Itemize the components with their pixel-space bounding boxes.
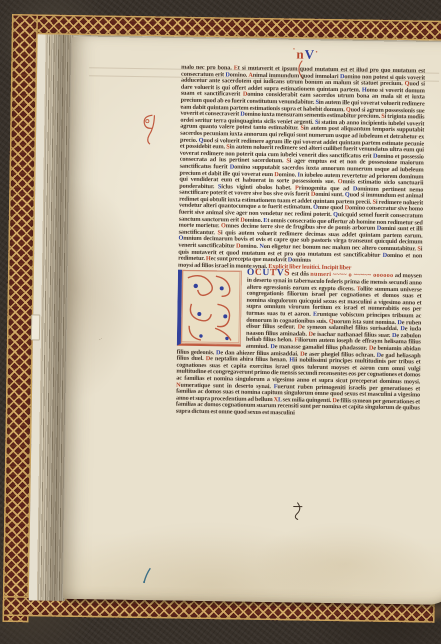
text-block: malo nec pro bona. Et si mutaverit et ip… [174,65,425,521]
blue-ink-mark-icon [141,566,153,584]
initial-filigree-ornament-icon [181,270,242,345]
catchword-flourish-icon [292,500,304,520]
numbers-chapter: OCUTVS est dñs numeri ~~~~ o ~~~~~ ooooo… [176,269,422,419]
bookmark-tab-icon [31,314,40,340]
running-title-letters: nV [296,46,315,61]
red-penwork-paraph-icon [138,112,161,148]
photo-frame: ˙nV· -· malo nec pro bona. Et si mutaver… [0,0,441,644]
initial-letter-stem [174,113,177,275]
manuscript-page: ˙nV· -· malo nec pro bona. Et si mutaver… [63,37,441,605]
leviticus-text: malo nec pro bona. Et si mutaverit et ip… [178,65,425,267]
margin-pen-trial: -· [99,337,102,342]
title-ornament-right-icon: · [315,47,319,57]
illuminated-initial-panel [177,270,242,347]
stem-finial-flourish-icon [174,97,183,115]
manuscript-book: ˙nV· -· malo nec pro bona. Et si mutaver… [2,14,441,629]
